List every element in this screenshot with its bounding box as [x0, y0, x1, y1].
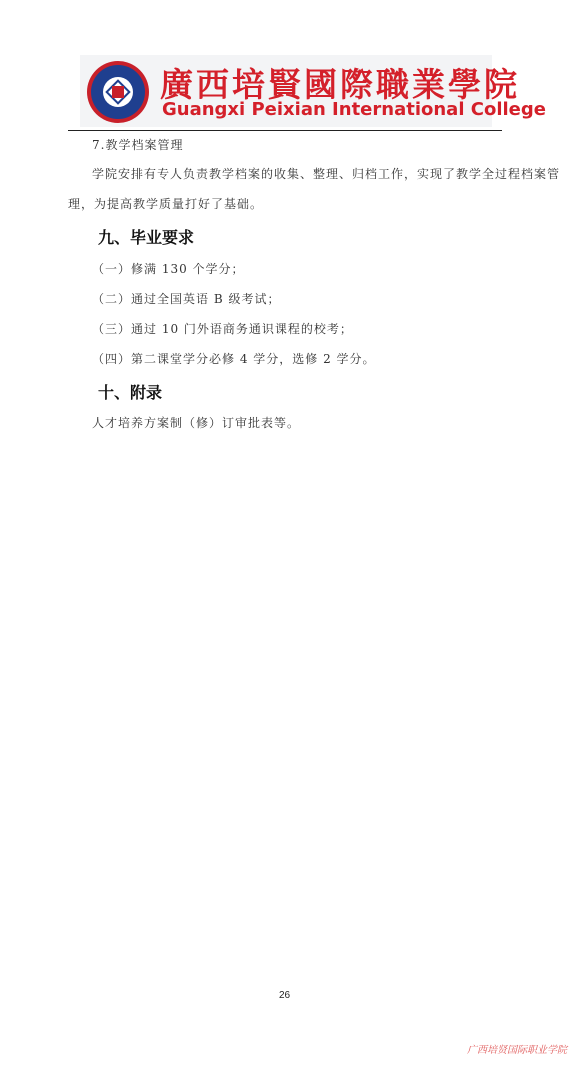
book-icon — [112, 86, 124, 98]
header-divider — [68, 130, 502, 131]
header-banner: 廣西培賢國際職業學院 Guangxi Peixian International… — [80, 55, 492, 127]
list-item: （一）修满 130 个学分； — [92, 260, 245, 277]
watermark-text: 广西培贤国际职业学院 — [467, 1041, 567, 1056]
list-item: （三）通过 10 门外语商务通识课程的校考； — [92, 320, 353, 337]
paragraph-line-1: 学院安排有专人负责教学档案的收集、整理、归档工作，实现了教学全过程档案管 — [92, 165, 560, 182]
page-number: 26 — [279, 990, 290, 1001]
section-heading-appendix: 十、附录 — [98, 380, 162, 403]
list-item: （二）通过全国英语 B 级考试； — [92, 290, 280, 307]
paragraph-line-2: 理，为提高教学质量打好了基础。 — [68, 195, 263, 212]
appendix-text: 人才培养方案制（修）订审批表等。 — [92, 414, 300, 431]
list-item: （四）第二课堂学分必修 4 学分，选修 2 学分。 — [92, 350, 376, 367]
subsection-title: 7.教学档案管理 — [92, 136, 183, 153]
section-heading-graduation: 九、毕业要求 — [98, 225, 194, 248]
college-emblem-icon — [87, 61, 149, 123]
college-name-english: Guangxi Peixian International College — [162, 99, 546, 120]
